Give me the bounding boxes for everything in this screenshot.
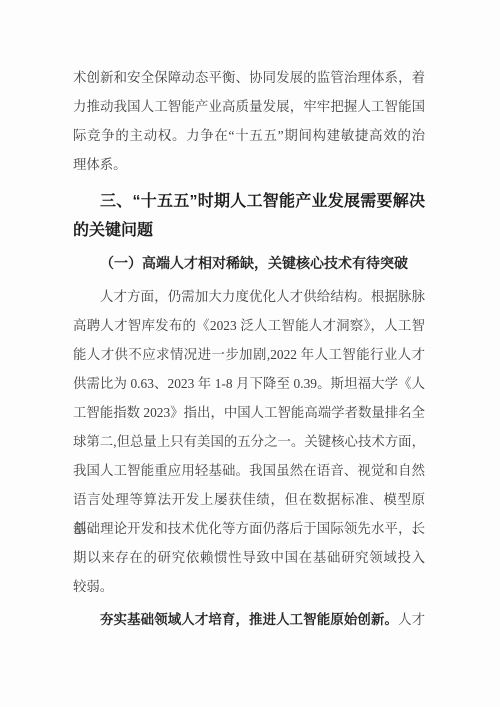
text-line: 供需比为 0.63、2023 年 1-8 月下降至 0.39。斯坦福大学《人 <box>73 369 425 398</box>
text-line: 际竞争的主动权。力争在“十五五”期间构建敏捷高效的治 <box>73 121 425 150</box>
section-heading-line: 的关键问题 <box>73 216 425 245</box>
text-line: 基础理论开发和技术优化等方面仍落后于国际领先水平，长 <box>73 514 425 543</box>
text-line: 术创新和安全保障动态平衡、协同发展的监管治理体系，着 <box>73 63 425 92</box>
section-heading: 三、“十五五”时期人工智能产业发展需要解决 的关键问题 <box>73 187 425 245</box>
document-page: 术创新和安全保障动态平衡、协同发展的监管治理体系，着 力推动我国人工智能产业高质… <box>0 0 500 707</box>
text-line: 工智能指数 2023》指出，中国人工智能高端学者数量排名全 <box>73 398 425 427</box>
section-heading-line: 三、“十五五”时期人工智能产业发展需要解决 <box>73 187 425 216</box>
text-line: 我国人工智能重应用轻基础。我国虽然在语音、视觉和自然 <box>73 456 425 485</box>
subsection-heading: （一）高端人才相对稀缺，关键核心技术有待突破 <box>73 250 425 279</box>
text-line: 力推动我国人工智能产业高质量发展，牢牢把握人工智能国 <box>73 92 425 121</box>
text-line: 能人才供不应求情况进一步加剧,2022 年人工智能行业人才 <box>73 340 425 369</box>
paragraph-bold-lead: 夯实基础领域人才培育，推进人工智能原始创新。人才 <box>73 605 425 634</box>
bold-lead-text: 夯实基础领域人才培育，推进人工智能原始创新。 <box>100 612 398 627</box>
text-line: 较弱。 <box>73 572 425 601</box>
paragraph-continuation: 术创新和安全保障动态平衡、协同发展的监管治理体系，着 力推动我国人工智能产业高质… <box>73 63 425 179</box>
paragraph-talent-tech: 人才方面，仍需加大力度优化人才供给结构。根据脉脉 高聘人才智库发布的《2023 … <box>73 282 425 601</box>
text-line: 球第二,但总量上只有美国的五分之一。关键核心技术方面， <box>73 427 425 456</box>
lead-continuation-text: 人才 <box>398 612 425 627</box>
text-line: 高聘人才智库发布的《2023 泛人工智能人才洞察》，人工智 <box>73 311 425 340</box>
text-line: 理体系。 <box>73 150 425 179</box>
text-line: 语言处理等算法开发上屡获佳绩，但在数据标准、模型原创、 <box>73 485 425 514</box>
text-line: 期以来存在的研究依赖惯性导致中国在基础研究领域投入 <box>73 543 425 572</box>
text-line: 夯实基础领域人才培育，推进人工智能原始创新。人才 <box>73 605 425 634</box>
text-line: 人才方面，仍需加大力度优化人才供给结构。根据脉脉 <box>73 282 425 311</box>
